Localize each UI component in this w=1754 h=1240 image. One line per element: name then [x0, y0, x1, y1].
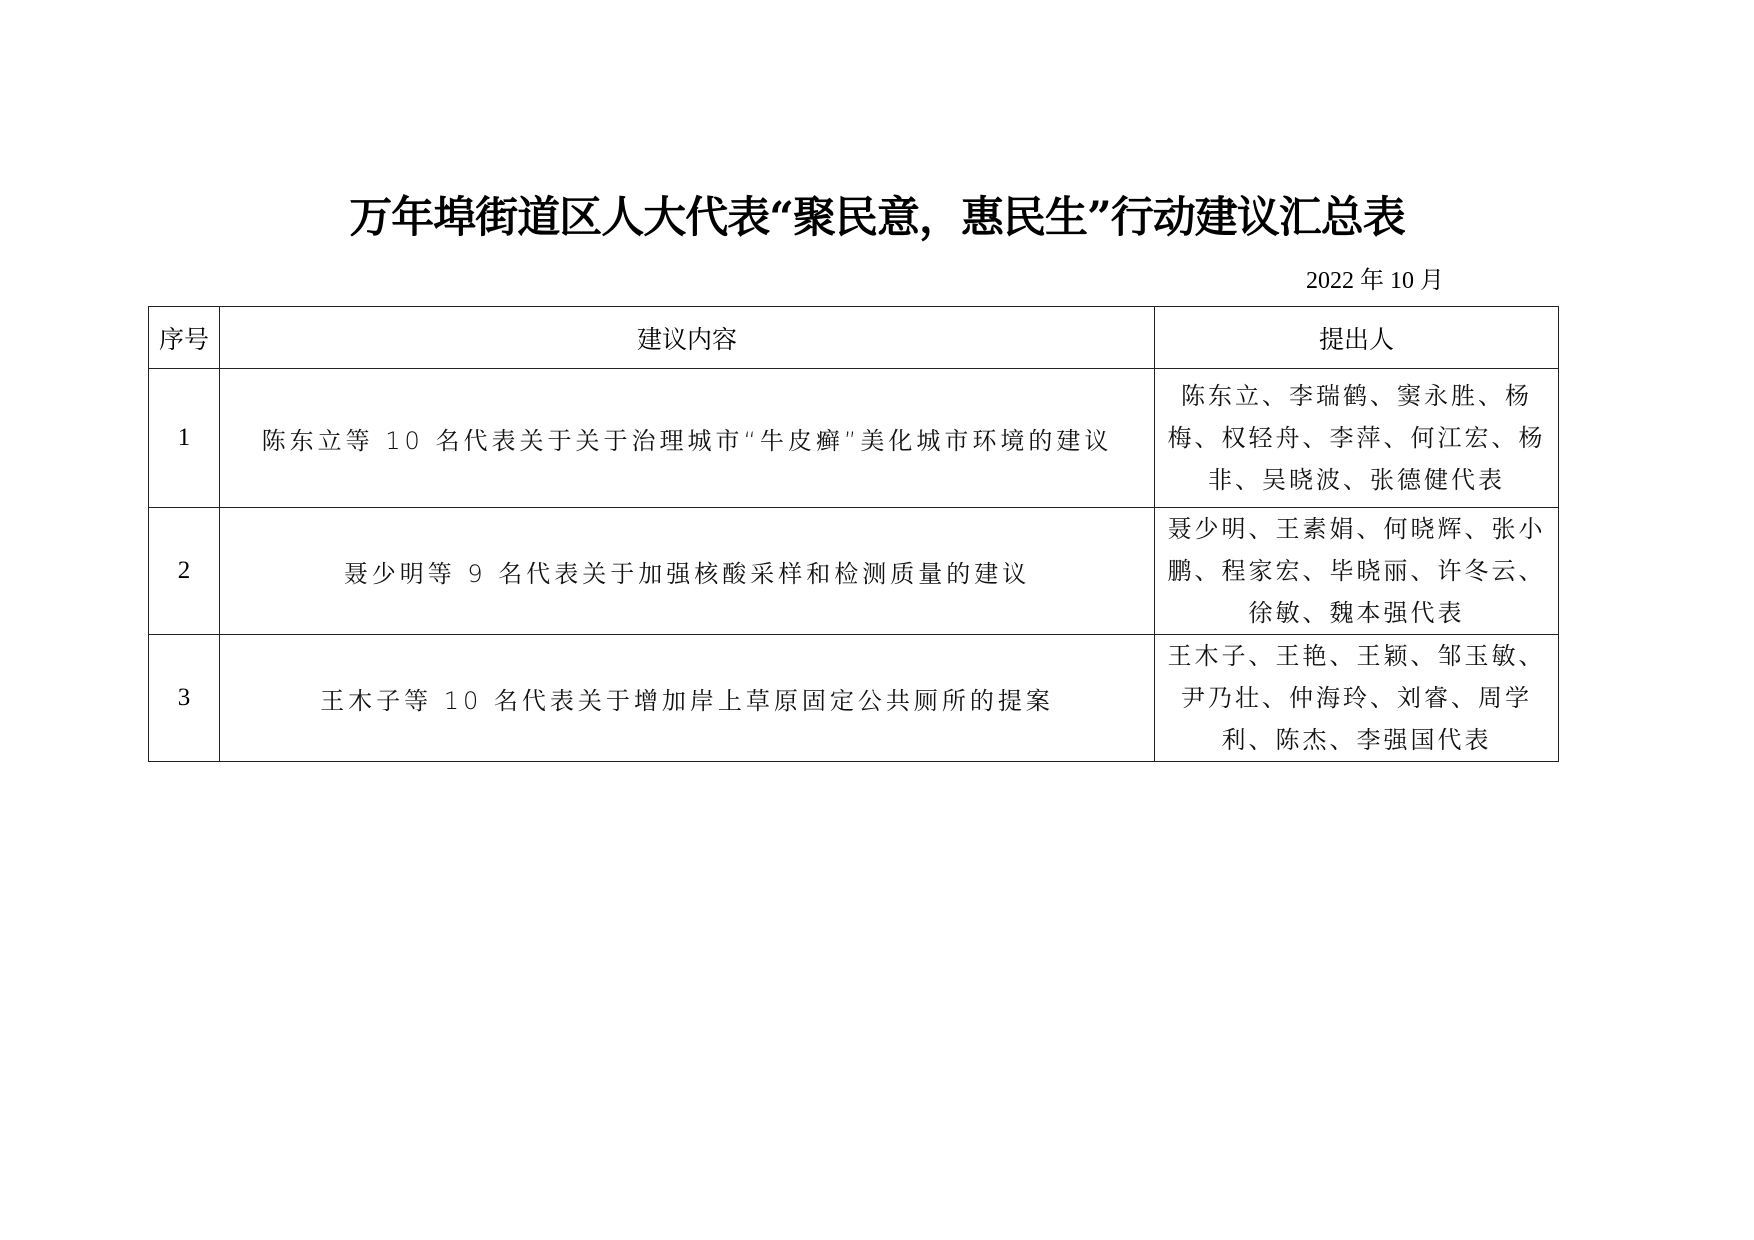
document-title-text: 万年埠街道区人大代表“聚民意，惠民生”行动建议汇总表: [349, 190, 1404, 246]
table-header-row: 序号 建议内容 提出人: [149, 307, 1559, 369]
date-year-unit: 年: [1360, 266, 1384, 296]
date-month-unit: 月: [1420, 266, 1444, 296]
row-proposers: 陈东立、李瑞鹤、窦永胜、杨梅、权轻舟、李萍、何江宏、杨非、吴晓波、张德健代表: [1155, 369, 1559, 508]
header-suggestion-content: 建议内容: [220, 307, 1155, 369]
row-serial-number: 1: [149, 369, 220, 508]
table-row: 1 陈东立等 10 名代表关于关于治理城市“牛皮癣”美化城市环境的建议 陈东立、…: [149, 369, 1559, 508]
row-proposers: 聂少明、王素娟、何晓辉、张小鹏、程家宏、毕晓丽、许冬云、徐敏、魏本强代表: [1155, 508, 1559, 635]
row-suggestion-content: 陈东立等 10 名代表关于关于治理城市“牛皮癣”美化城市环境的建议: [220, 369, 1155, 508]
document-date: 2022 年 10 月: [1306, 266, 1444, 296]
row-serial-number: 3: [149, 635, 220, 762]
row-serial-number: 2: [149, 508, 220, 635]
document-title: 万年埠街道区人大代表“聚民意，惠民生”行动建议汇总表: [0, 190, 1754, 246]
row-suggestion-content: 王木子等 10 名代表关于增加岸上草原固定公共厕所的提案: [220, 635, 1155, 762]
table-row: 3 王木子等 10 名代表关于增加岸上草原固定公共厕所的提案 王木子、王艳、王颖…: [149, 635, 1559, 762]
suggestion-summary-table: 序号 建议内容 提出人 1 陈东立等 10 名代表关于关于治理城市“牛皮癣”美化…: [148, 306, 1559, 762]
row-suggestion-content: 聂少明等 9 名代表关于加强核酸采样和检测质量的建议: [220, 508, 1155, 635]
row-proposers: 王木子、王艳、王颖、邹玉敏、尹乃壮、仲海玲、刘睿、周学利、陈杰、李强国代表: [1155, 635, 1559, 762]
header-serial-number: 序号: [149, 307, 220, 369]
table-row: 2 聂少明等 9 名代表关于加强核酸采样和检测质量的建议 聂少明、王素娟、何晓辉…: [149, 508, 1559, 635]
date-year: 2022: [1306, 266, 1354, 296]
date-month: 10: [1390, 266, 1414, 296]
header-proposers: 提出人: [1155, 307, 1559, 369]
